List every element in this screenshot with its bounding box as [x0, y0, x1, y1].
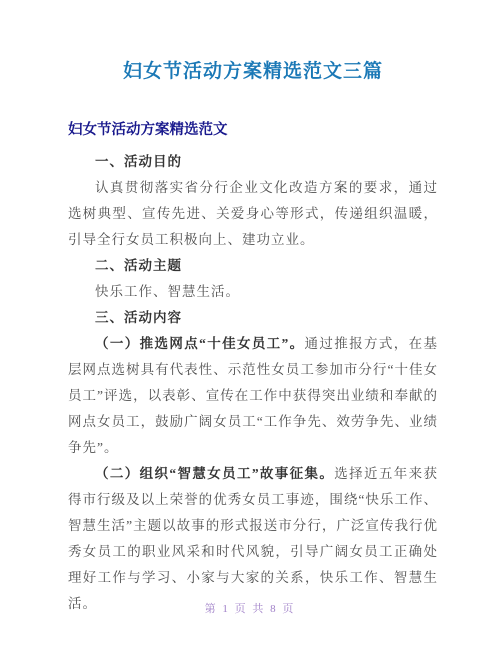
paragraph-text-2: 选择近五年来获得市行级及以上荣誉的优秀女员工事迹，围绕“快乐工作、智慧生活”主题…: [68, 466, 438, 611]
body-paragraph-2: 快乐工作、智慧生活。: [68, 279, 438, 305]
paragraph-lead-1: （一）推选网点“十佳女员工”。: [95, 336, 305, 351]
paragraph-lead-2: （二）组织“智慧女员工”故事征集。: [95, 466, 334, 481]
document-subtitle: 妇女节活动方案精选范文: [68, 121, 438, 139]
section-heading-1: 一、活动目的: [68, 149, 438, 175]
section-heading-2: 二、活动主题: [68, 253, 438, 279]
body-paragraph-1: 认真贯彻落实省分行企业文化改造方案的要求，通过选树典型、宣传先进、关爱身心等形式…: [68, 175, 438, 253]
document-content: 妇女节活动方案精选范文三篇 妇女节活动方案精选范文 一、活动目的 认真贯彻落实省…: [68, 0, 438, 617]
document-title: 妇女节活动方案精选范文三篇: [68, 60, 438, 84]
body-paragraph-3: （一）推选网点“十佳女员工”。通过推报方式，在基层网点选树具有代表性、示范性女员…: [68, 331, 438, 461]
paragraph-text-1: 通过推报方式，在基层网点选树具有代表性、示范性女员工参加市分行“十佳女员工”评选…: [68, 336, 438, 455]
page-number-footer: 第 1 页 共 8 页: [0, 600, 500, 616]
document-body: 一、活动目的 认真贯彻落实省分行企业文化改造方案的要求，通过选树典型、宣传先进、…: [68, 149, 438, 617]
section-heading-3: 三、活动内容: [68, 305, 438, 331]
body-paragraph-4: （二）组织“智慧女员工”故事征集。选择近五年来获得市行级及以上荣誉的优秀女员工事…: [68, 461, 438, 617]
document-page: 妇女节活动方案精选范文三篇 妇女节活动方案精选范文 一、活动目的 认真贯彻落实省…: [0, 0, 500, 647]
